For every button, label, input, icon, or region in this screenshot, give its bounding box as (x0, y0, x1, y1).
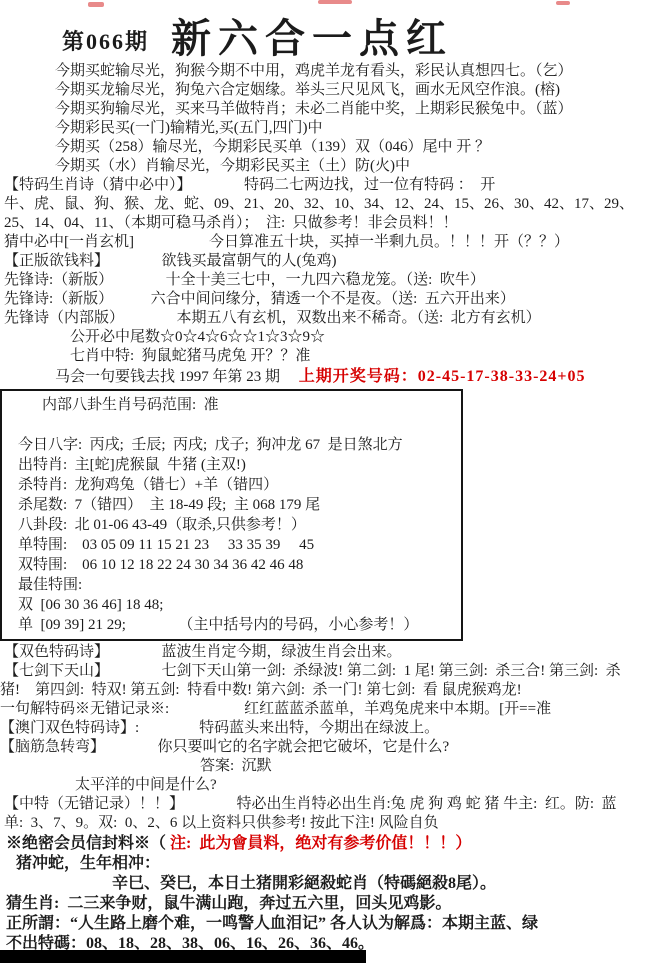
footer-line: 猪冲蛇，生年相冲： (0, 854, 660, 874)
prediction-line: 【中特（无错记录）！！】 特必出生肖特必出生肖:兔 虎 狗 鸡 蛇 猪 牛主: … (0, 795, 660, 814)
prediction-line: 太平洋的中间是什么? (0, 776, 660, 795)
footer-line: 猜生肖: 二三来争财，鼠牛满山跑，奔过五六里，回头见鸡影。 (0, 894, 660, 914)
bagua-line: 今日八字: 丙戌; 壬辰; 丙戌; 戊子; 狗冲龙 67 是日煞北方 (2, 435, 461, 455)
poem-line: 牛、虎、鼠、狗、猴、龙、蛇、09、21、20、32、10、34、12、24、15… (0, 195, 660, 214)
issue-number: 第066期 (62, 25, 149, 56)
member-note-red-text: 注: 此为會員料，绝对有参考价值！！！） (170, 835, 471, 852)
prediction-line: 【双色特码诗】 蓝波生肖定今期，绿波生肖会出来。 (0, 643, 660, 662)
bagua-line: 杀尾数: 7（错四） 主 18-49 段; 主 068 179 尾 (2, 495, 461, 515)
poem-line: 公开必中尾数☆0☆4☆6☆☆1☆3☆9☆ (0, 328, 660, 347)
poem-line: 【特码生肖诗（猜中必中）】 特码二七两边找，过一位有特码 ： 开 (0, 176, 660, 195)
prediction-line: 单: 3、7、9。双: 0、2、6 以上资料只供参考! 按此下注! 风险自负 (0, 814, 660, 833)
poem-line: 先锋诗（内部版） 本期五八有玄机，双数出来不稀奇。（送: 北方有玄机） (0, 309, 660, 328)
redaction-bar (0, 950, 366, 963)
bagua-line: 双 [06 30 36 46] 18 48; (2, 595, 461, 615)
bagua-line: 内部八卦生肖号码范围: 准 (2, 395, 461, 415)
prediction-line: 【七剑下天山】 七剑下天山第一剑: 杀绿波! 第二剑: 1 尾! 第三剑: 杀三… (0, 662, 660, 681)
masthead: 第066期 新六合一点红 (0, 0, 660, 62)
bagua-line: 最佳特围: (2, 575, 461, 595)
scan-artifact-mark (556, 1, 570, 5)
poem-line: 猜中必中[一肖玄机] 今日算准五十块，买掉一半剩九员。！！！开（？？） (0, 233, 660, 252)
poem-line: 今期买狗输尽光，买来马羊做特肖；未必二肖能中奖，上期彩民猴兔中。（蓝） (0, 100, 660, 119)
bagua-zodiac-box: 内部八卦生肖号码范围: 准 今日八字: 丙戌; 壬辰; 丙戌; 戊子; 狗冲龙 … (0, 389, 463, 641)
poem-line: 今期买（258）输尽光，今期彩民买单（139）双（046）尾中 开 ？ (0, 138, 660, 157)
prediction-line: 猪! 第四剑: 特双! 第五剑: 特看中数! 第六剑: 杀一门! 第七剑: 看 … (0, 681, 660, 700)
bagua-line: 杀特肖: 龙狗鸡兔（错七）+羊（错四） (2, 475, 461, 495)
footer-section: 猪冲蛇，生年相冲：辛巳、癸巳，本日土猪開彩絕殺蛇肖（特碼絕殺8尾）。猜生肖: 二… (0, 854, 660, 954)
prediction-line: 【脑筋急转弯】 你只要叫它的名字就会把它破坏，它是什么? (0, 738, 660, 757)
poem-line: 七肖中特: 狗鼠蛇猪马虎兔 开？？准 (0, 347, 660, 366)
prediction-line: 答案: 沉默 (0, 757, 660, 776)
last-draw-result: 上期开奖号码：02-45-17-38-33-24+05 (299, 368, 586, 385)
prediction-line: 一句解特码※无错记录※: 红红蓝蓝杀蓝单，羊鸡兔虎来中本期。[开==准 (0, 700, 660, 719)
bagua-line: 八卦段: 北 01-06 43-49（取杀,只供参考！） (2, 515, 461, 535)
bagua-line: 单 [09 39] 21 29; （主中括号内的号码，小心参考！） (2, 615, 461, 635)
page-title: 新六合一点红 (171, 18, 453, 60)
poem-line: 25、14、04、11、（本期可稳马杀肖）； 注: 只做参考！非会员料！！ (0, 214, 660, 233)
poem-line: 今期买蛇输尽光，狗猴今期不中用，鸡虎羊龙有看头，彩民认真想四七。（乞） (0, 62, 660, 81)
poem-line: 先锋诗:（新版） 六合中间问缘分，猜透一个不是夜。（送: 五六开出来） (0, 290, 660, 309)
poem-line: 今期彩民买(一门)输精光,买(五门,四门)中 (0, 119, 660, 138)
member-note-line: ※绝密会员信封料※（ 注: 此为會員料，绝对有参考价值！！！） (0, 833, 660, 854)
scan-artifact-mark (88, 2, 104, 7)
bagua-line: 单特围: 03 05 09 11 15 21 23 33 35 39 45 (2, 535, 461, 555)
scan-artifact-mark (318, 0, 352, 4)
bagua-line: 双特围: 06 10 12 18 22 24 30 34 36 42 46 48 (2, 555, 461, 575)
intro-poems-section: 今期买蛇输尽光，狗猴今期不中用，鸡虎羊龙有看头，彩民认真想四七。（乞）今期买龙输… (0, 62, 660, 366)
poem-line: 【正版欲钱料】 欲钱买最富朝气的人(兔鸡) (0, 252, 660, 271)
footer-line: 辛巳、癸巳，本日土猪開彩絕殺蛇肖（特碼絕殺8尾）。 (0, 874, 660, 894)
poem-line: 今期买（水）肖输尽光，今期彩民买主（土）防(火)中 (0, 157, 660, 176)
poem-line: 先锋诗:（新版） 十全十美三七中，一九四六稳龙笼。（送: 吹牛） (0, 271, 660, 290)
bagua-line (2, 415, 461, 435)
bagua-line: 出特肖: 主[蛇]虎猴鼠 牛猪 (主双!) (2, 455, 461, 475)
poem-line: 今期买龙输尽光，狗兔六合定姻缘。举头三尺见风飞，画水无风空作浪。(榕) (0, 81, 660, 100)
predictions-section: 【双色特码诗】 蓝波生肖定今期，绿波生肖会出来。【七剑下天山】 七剑下天山第一剑… (0, 643, 660, 833)
last-draw-line: 马会一句要钱去找 1997 年第 23 期 上期开奖号码：02-45-17-38… (0, 366, 660, 388)
member-note-prefix: ※绝密会员信封料※（ (6, 835, 170, 852)
prediction-line: 【澳门双色特码诗】: 特码蓝头来出特，今期出在绿波上。 (0, 719, 660, 738)
footer-line: 正所謂：“人生路上磨个难，一鸣警人血泪记” 各人认为解爲：本期主蓝、绿 (0, 914, 660, 934)
tip-sheet-page: 第066期 新六合一点红 今期买蛇输尽光，狗猴今期不中用，鸡虎羊龙有看头，彩民认… (0, 0, 660, 967)
horse-club-clue-text: 马会一句要钱去找 1997 年第 23 期 (55, 369, 299, 385)
